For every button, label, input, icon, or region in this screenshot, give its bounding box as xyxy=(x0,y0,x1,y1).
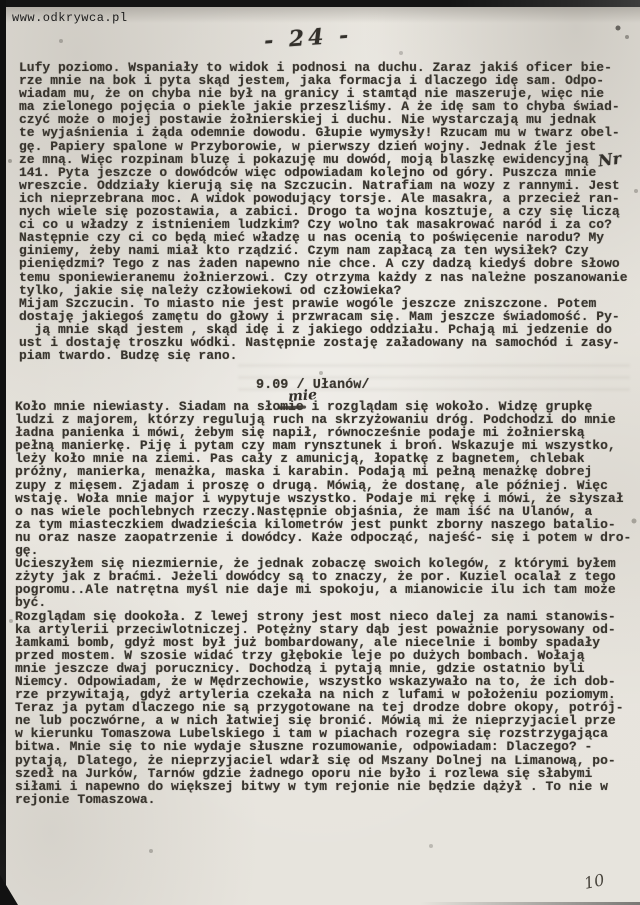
scan-corner-bottom-left xyxy=(0,875,18,905)
scan-noise-specks xyxy=(0,0,2,2)
typewritten-paragraph-2: Koło mnie niewiasty. Siadam na słomie i … xyxy=(15,400,631,806)
scanned-document-page: www.odkrywca.pl - 24 - Lufy poziomo. Wsp… xyxy=(0,0,640,905)
watermark-url: www.odkrywca.pl xyxy=(12,11,128,25)
handwritten-page-number-bottom: 10 xyxy=(582,870,606,893)
scan-edge-top xyxy=(0,0,640,7)
typewritten-paragraph-1: Lufy poziomo. Wspaniały to widok i podno… xyxy=(19,61,628,362)
scan-edge-left xyxy=(0,0,6,905)
handwritten-id-mark: Nr xyxy=(597,148,622,170)
handwritten-page-number-top: - 24 - xyxy=(263,22,353,54)
